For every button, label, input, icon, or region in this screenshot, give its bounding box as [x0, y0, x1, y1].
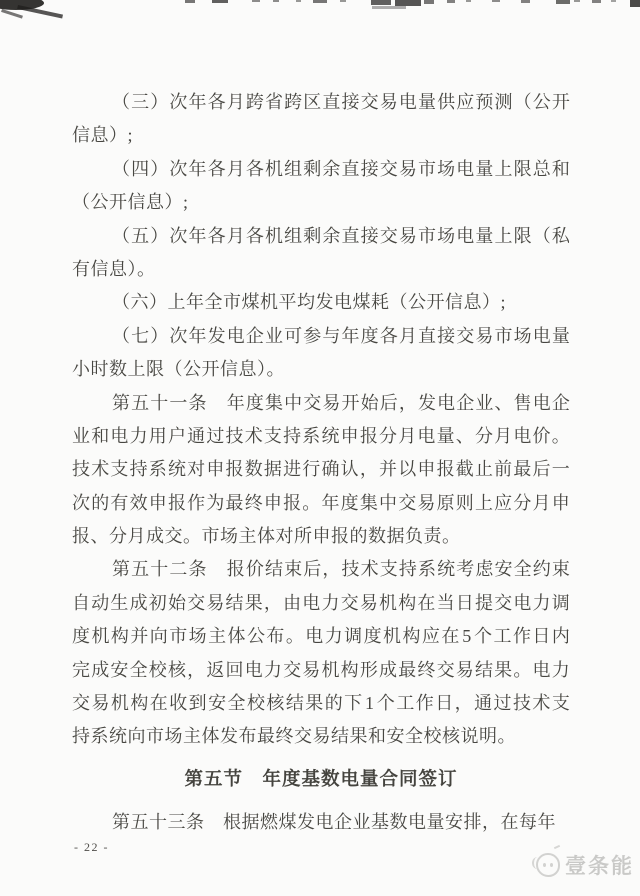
- document-line: 完成安全校核，返回电力交易机构形成最终交易结果。电力: [72, 654, 570, 687]
- document-line: 报、分月成交。市场主体对所申报的数据负责。: [72, 520, 570, 553]
- scan-artifact-top-edge: [0, 0, 640, 24]
- document-line: 度机构并向市场主体公布。电力调度机构应在 5 个工作日内: [72, 620, 570, 653]
- document-line: 业和电力用户通过技术支持系统申报分月电量、分月电价。: [72, 420, 570, 453]
- document-line: （公开信息）;: [72, 186, 570, 219]
- document-line: 交易机构在收到安全校核结果的下 1 个工作日，通过技术支: [72, 687, 570, 720]
- page-number: - 22 -: [74, 840, 109, 855]
- document-line: 次的有效申报作为最终申报。年度集中交易原则上应分月申: [72, 487, 570, 520]
- document-line: 持系统向市场主体发布最终交易结果和安全校核说明。: [72, 720, 570, 753]
- watermark-brand-text: 壹条能: [565, 850, 634, 880]
- section-heading: 第五节 年度基数电量合同签订: [72, 764, 570, 797]
- document-line: 小时数上限（公开信息）。: [72, 353, 570, 386]
- mascot-icon: [536, 853, 560, 877]
- watermark-logo: 壹条能: [536, 850, 634, 880]
- document-line: （三）次年各月跨省跨区直接交易电量供应预测（公开: [72, 86, 570, 119]
- document-line: 有信息）。: [72, 253, 570, 286]
- document-line: （五）次年各月各机组剩余直接交易市场电量上限（私: [72, 220, 570, 253]
- document-line: 第五十二条 报价结束后，技术支持系统考虑安全约束: [72, 553, 570, 586]
- scanned-document-page: （三）次年各月跨省跨区直接交易电量供应预测（公开 信息）; （四）次年各月各机组…: [0, 0, 640, 896]
- document-line: 信息）;: [72, 119, 570, 152]
- document-line: 自动生成初始交易结果，由电力交易机构在当日提交电力调: [72, 587, 570, 620]
- document-line: 第五十一条 年度集中交易开始后，发电企业、售电企: [72, 387, 570, 420]
- document-line: 技术支持系统对申报数据进行确认，并以申报截止前最后一: [72, 453, 570, 486]
- document-line: （七）次年发电企业可参与年度各月直接交易市场电量: [72, 320, 570, 353]
- document-line: 第五十三条 根据燃煤发电企业基数电量安排，在每年: [72, 806, 570, 839]
- document-line: （六）上年全市煤机平均发电煤耗（公开信息）;: [72, 286, 570, 319]
- document-body: （三）次年各月跨省跨区直接交易电量供应预测（公开 信息）; （四）次年各月各机组…: [72, 86, 570, 839]
- document-line: （四）次年各月各机组剩余直接交易市场电量上限总和: [72, 153, 570, 186]
